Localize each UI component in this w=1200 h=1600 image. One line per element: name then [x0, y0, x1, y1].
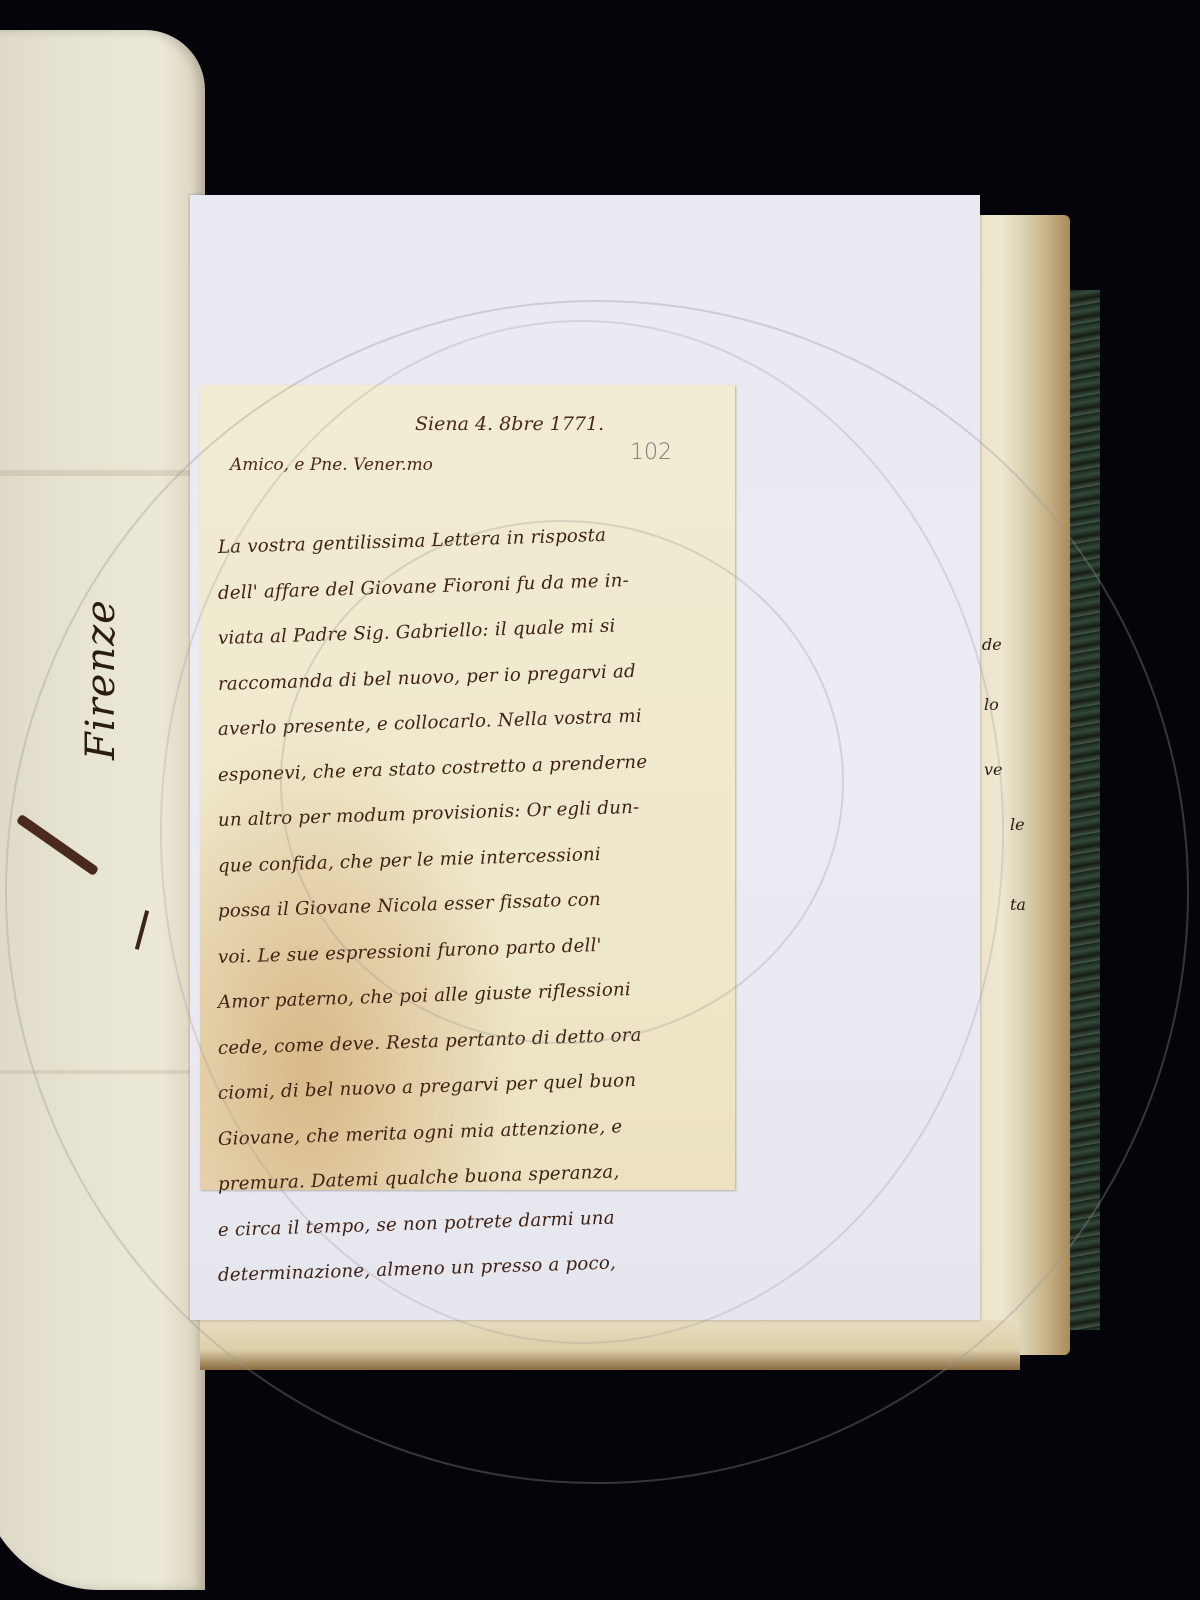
underlying-page-bottom [200, 1320, 1020, 1370]
marbled-cover-edge [1065, 290, 1100, 1330]
address-inscription: Firenze [40, 590, 160, 790]
folio-number: 102 [630, 440, 672, 465]
page-stack-edge: de lo ve le ta [970, 215, 1070, 1355]
left-page-fold-line [0, 470, 195, 476]
address-text: Firenze [78, 599, 124, 760]
stack-ink-fragment: ve [984, 760, 1003, 779]
stack-ink-fragment: le [1010, 815, 1025, 834]
stack-ink-fragment: lo [984, 695, 999, 714]
letter-date: Siena 4. 8bre 1771. [415, 413, 604, 435]
letter-body: La vostra gentilissima Lettera in rispos… [218, 525, 728, 1299]
manuscript-letter: Siena 4. 8bre 1771. 102 Amico, e Pne. Ve… [200, 385, 735, 1190]
left-page-fold-line [0, 1070, 200, 1074]
stack-ink-fragment: ta [1010, 895, 1026, 914]
stack-ink-fragment: de [982, 635, 1002, 654]
left-book-page [0, 30, 205, 1590]
letter-salutation: Amico, e Pne. Vener.mo [230, 455, 433, 475]
